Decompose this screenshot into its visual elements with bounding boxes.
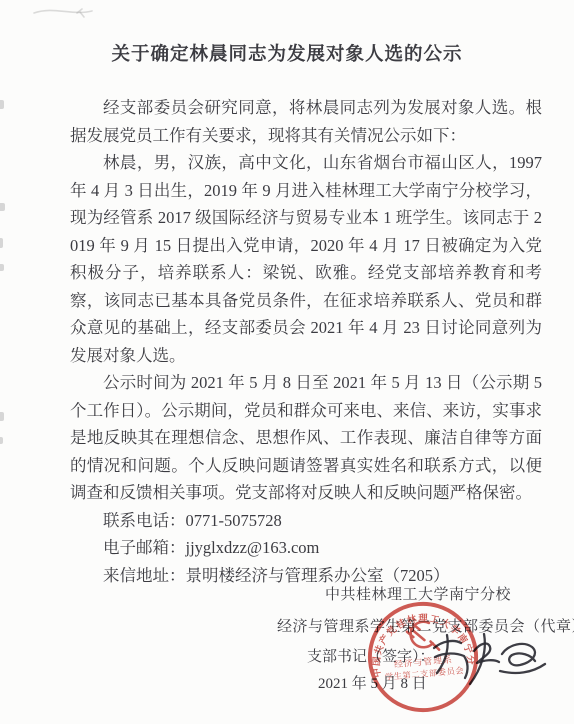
paragraph-intro: 经支部委员会研究同意，将林晨同志列为发展对象人选。根据发展党员工作有关要求，现将…	[70, 94, 542, 149]
pencil-smudge-artifact	[28, 2, 168, 28]
scanned-notice-page: 关于确定林晨同志为发展对象人选的公示 经支部委员会研究同意，将林晨同志列为发展对…	[0, 0, 574, 724]
paragraph-candidate-info: 林晨，男，汉族，高中文化，山东省烟台市福山区人，1997 年 4 月 3 日出生…	[70, 149, 542, 369]
scan-edge-smudge	[0, 264, 4, 271]
scan-edge-smudge	[0, 437, 3, 444]
contact-email-line: 电子邮箱：jjyglxdzz@163.com	[70, 534, 542, 562]
scan-edge-smudge	[0, 238, 3, 248]
paragraph-publicity-period: 公示时间为 2021 年 5 月 8 日至 2021 年 5 月 13 日（公示…	[70, 369, 542, 507]
official-seal: 中国共产党桂林理工大学南宁分校 经济与管理系 学生第二支部委员会	[359, 593, 487, 721]
notice-body: 经支部委员会研究同意，将林晨同志列为发展对象人选。根据发展党员工作有关要求，现将…	[70, 94, 542, 589]
scan-edge-smudge	[0, 412, 4, 421]
scan-edge-smudge	[0, 203, 5, 211]
contact-phone-line: 联系电话：0771-5075728	[70, 507, 542, 535]
seal-graphic: 中国共产党桂林理工大学南宁分校 经济与管理系 学生第二支部委员会	[359, 593, 487, 721]
notice-title: 关于确定林晨同志为发展对象人选的公示	[0, 40, 574, 66]
scan-edge-smudge	[0, 100, 4, 109]
